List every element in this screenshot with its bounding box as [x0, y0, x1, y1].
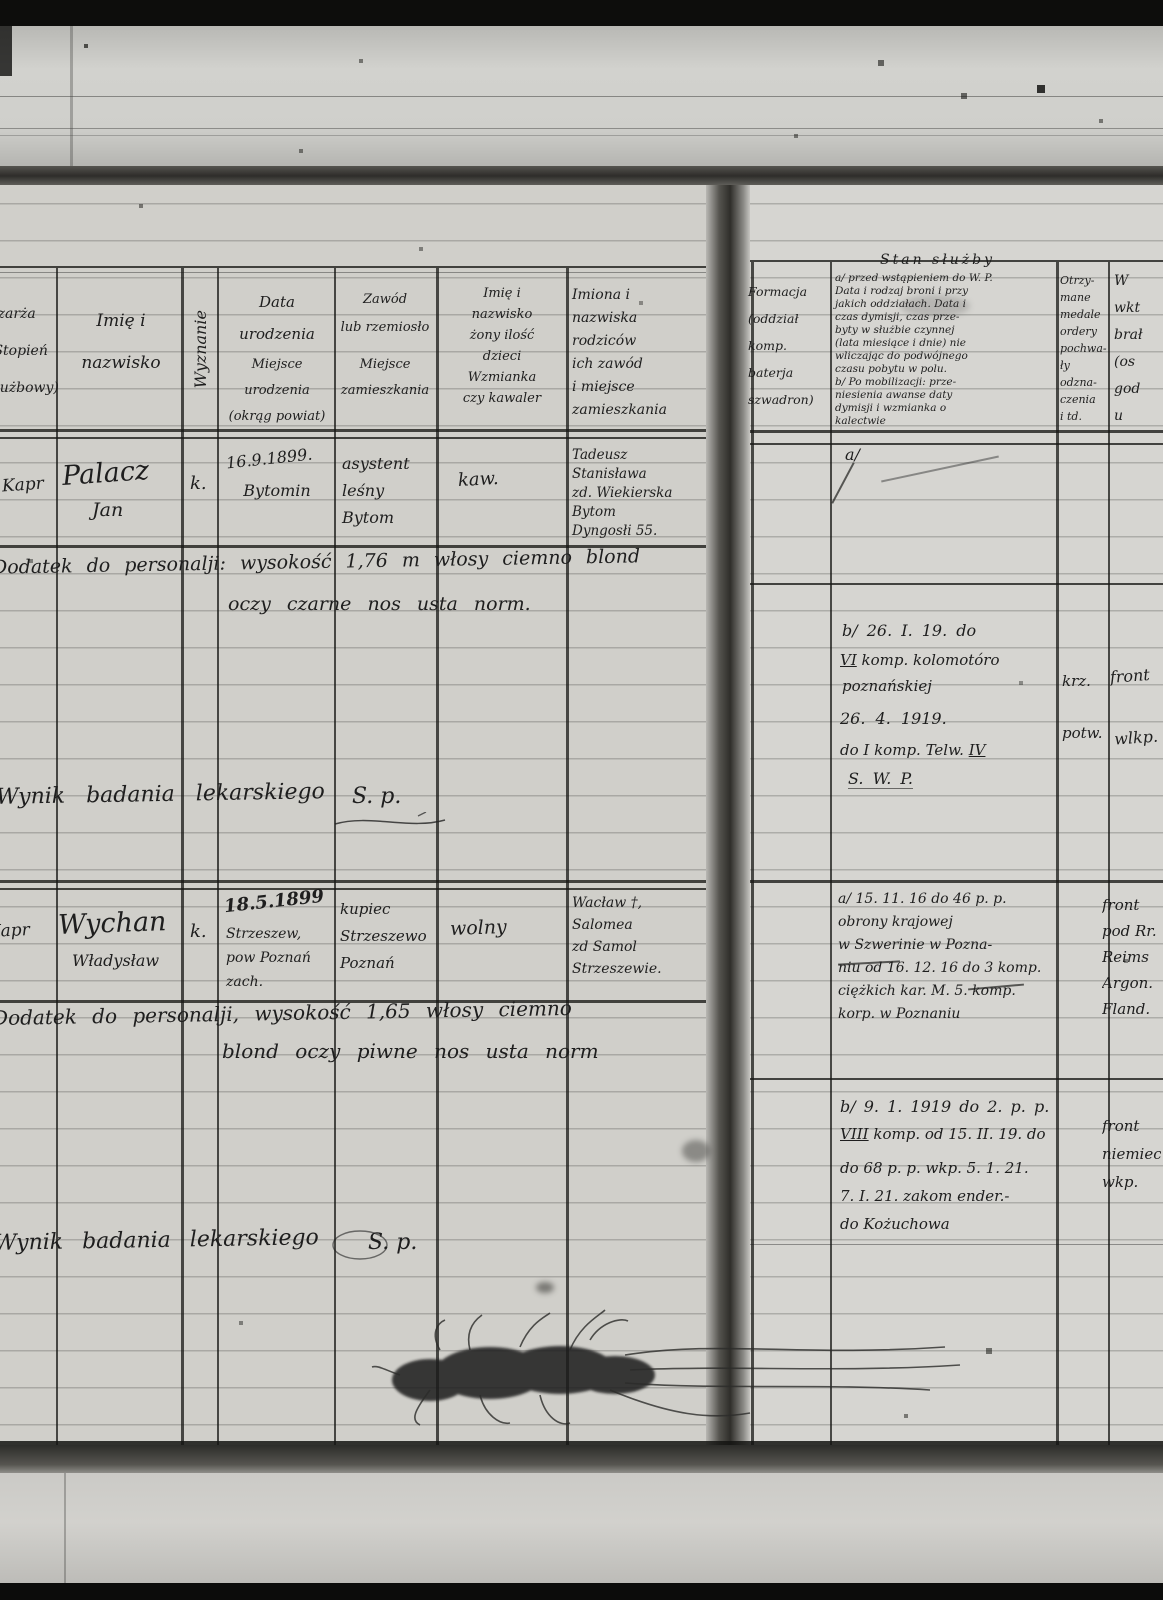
record2-rank: Kapr — [0, 921, 30, 943]
insect-smudge — [370, 1295, 970, 1445]
grid-line-vertical — [1108, 262, 1110, 1447]
record1-religion: k. — [190, 474, 207, 495]
grid-line-vertical — [181, 268, 184, 1447]
column-header-rank: Szarża(Stopieńsłużbowy) — [0, 296, 58, 407]
record1-occupation: asystentleśnyBytom — [342, 450, 434, 531]
column-header-service-title: Stan służby — [880, 252, 995, 268]
exam2-flourish — [330, 1228, 390, 1262]
record1-rank: Kapr — [1, 475, 44, 497]
record1-personal-note-line2: oczy czarne nos usta norm. — [228, 594, 531, 616]
grid-line-horizontal — [750, 1244, 1163, 1245]
record2-wars-a: frontpod Rr.ReimsArgon.Fland. — [1102, 892, 1161, 1022]
column-header-birth-date: Dataurodzenia — [222, 286, 332, 350]
grid-line-horizontal — [750, 430, 1163, 433]
record1-surname: Palacz — [61, 455, 150, 492]
grid-line-vertical — [566, 268, 569, 1447]
record2-parents: Wacław †,Salomeazd SamolStrzeszewie. — [572, 892, 700, 980]
record2-service-b-rest: do 68 p. p. wkp. 5. 1. 21.7. I. 21. zako… — [840, 1154, 1050, 1238]
record2-religion: k. — [190, 922, 207, 943]
crease-line-bottom — [64, 1473, 66, 1583]
grid-line-horizontal — [0, 429, 706, 432]
grid-line-vertical — [751, 262, 754, 1447]
grid-line-horizontal — [750, 880, 1163, 883]
column-header-occupation: Zawódlub rzemiosło — [336, 286, 434, 342]
grid-line-horizontal — [750, 443, 1163, 445]
record1-service-line5-roman: IV — [969, 741, 986, 759]
ink-smudge — [536, 1282, 554, 1293]
ink-smudge — [682, 1140, 710, 1162]
record1-parents: TadeuszStanisławazd. WiekierskaBytomDyng… — [572, 446, 700, 541]
record1-service-line2: VI komp. kolomotóro — [840, 652, 999, 669]
record1-service-line1: b/ 26. I. 19. do — [842, 622, 976, 640]
column-header-residence: Miejscezamieszkania — [336, 352, 434, 404]
exam1-flourish — [330, 812, 450, 834]
record2-service-b-line2-rest: komp. od 15. II. 19. do — [869, 1125, 1046, 1143]
grid-line-vertical — [217, 268, 219, 1447]
gutter-shadow — [706, 185, 750, 1447]
grid-line-vertical — [436, 268, 439, 1447]
record1-service-line5-text: do I komp. Telw. — [840, 741, 969, 759]
page-corner-shadow — [0, 26, 12, 76]
column-header-formation: Formacja(oddziałkomp.baterjaszwadron) — [748, 278, 828, 413]
grid-line-horizontal — [0, 272, 706, 273]
record1-medals: krz.potw. — [1062, 655, 1106, 759]
scanned-register-spread: Szarża(Stopieńsłużbowy) Imię inazwisko W… — [0, 0, 1163, 1600]
record1-service-line5: do I komp. Telw. IV — [840, 742, 985, 759]
column-header-medals: Otrzy-manemedaleorderypochwa-łyodzna-cze… — [1060, 272, 1106, 425]
record1-service-line6: S. W. P. — [848, 770, 913, 789]
record1-birth-place: Bytomin — [222, 482, 332, 500]
record1-service-line2-rest: komp. kolomotóro — [857, 651, 1000, 669]
record2-service-a: a/ 15. 11. 16 do 46 p. p.obrony krajowej… — [838, 888, 1053, 1026]
record2-birth-place: Strzeszew,pow Poznańzach. — [226, 922, 334, 994]
record2-personal-note-line2: blond oczy piwne nos usta norm — [222, 1040, 599, 1063]
grid-line-vertical — [334, 268, 336, 1447]
column-header-wars: Wwktbrał(osgodu — [1114, 268, 1163, 430]
grid-line-vertical — [56, 268, 58, 1447]
film-edge-top — [0, 0, 1163, 26]
grid-line-horizontal — [0, 880, 706, 883]
record2-surname: Wychan — [57, 906, 166, 941]
record2-first-name: Władysław — [72, 952, 159, 970]
column-header-parents: Imiona inazwiskarodzicówich zawódi miejs… — [572, 284, 700, 422]
record1-exam-result: S. p. — [352, 784, 401, 809]
grid-line-horizontal — [0, 437, 706, 439]
record1-service-line3: poznańskiej — [842, 678, 932, 695]
column-header-birth-place: Miejsceurodzenia(okrąg powiat) — [218, 352, 336, 430]
record1-service-line4: 26. 4. 1919. — [840, 710, 947, 728]
column-header-name: Imię inazwisko — [62, 300, 180, 384]
grid-line-vertical — [830, 262, 832, 1447]
adjacent-page-top — [0, 26, 1163, 170]
grid-line-horizontal — [750, 1078, 1163, 1080]
page-gap-shadow-bottom — [0, 1445, 1163, 1473]
column-header-wife: Imię inazwiskożony ilośćdzieciWzmiankacz… — [440, 283, 564, 409]
column-header-religion: Wyznanie — [192, 269, 210, 429]
grid-line-vertical — [1056, 262, 1059, 1447]
grid-line-horizontal — [0, 888, 706, 890]
record1-first-name: Jan — [92, 500, 123, 522]
record2-service-b-line2: VIII komp. od 15. II. 19. do — [840, 1126, 1046, 1143]
ruled-line — [0, 128, 1163, 129]
record2-occupation: kupiecStrzeszewoPoznań — [340, 896, 434, 977]
grid-line-horizontal — [0, 266, 706, 268]
record2-service-b-roman: VIII — [840, 1125, 869, 1143]
record1-wars: frontwlkp. — [1108, 643, 1163, 770]
record1-marital: kaw. — [457, 469, 499, 492]
film-edge-bottom — [0, 1583, 1163, 1600]
record2-service-b-line1: b/ 9. 1. 1919 do 2. p. p. — [840, 1098, 1049, 1116]
crease-line — [70, 26, 73, 170]
record2-wars-b: frontniemiec.wkp. — [1102, 1112, 1161, 1196]
adjacent-page-bottom — [0, 1473, 1163, 1583]
pencil-smudge — [900, 295, 970, 317]
record1-service-line2-roman: VI — [840, 651, 857, 669]
record2-marital: wolny — [450, 917, 507, 941]
ruled-line — [0, 96, 1163, 97]
ruled-line — [0, 135, 1163, 136]
grid-line-horizontal — [750, 583, 1163, 585]
dust-specks — [0, 0, 2, 2]
